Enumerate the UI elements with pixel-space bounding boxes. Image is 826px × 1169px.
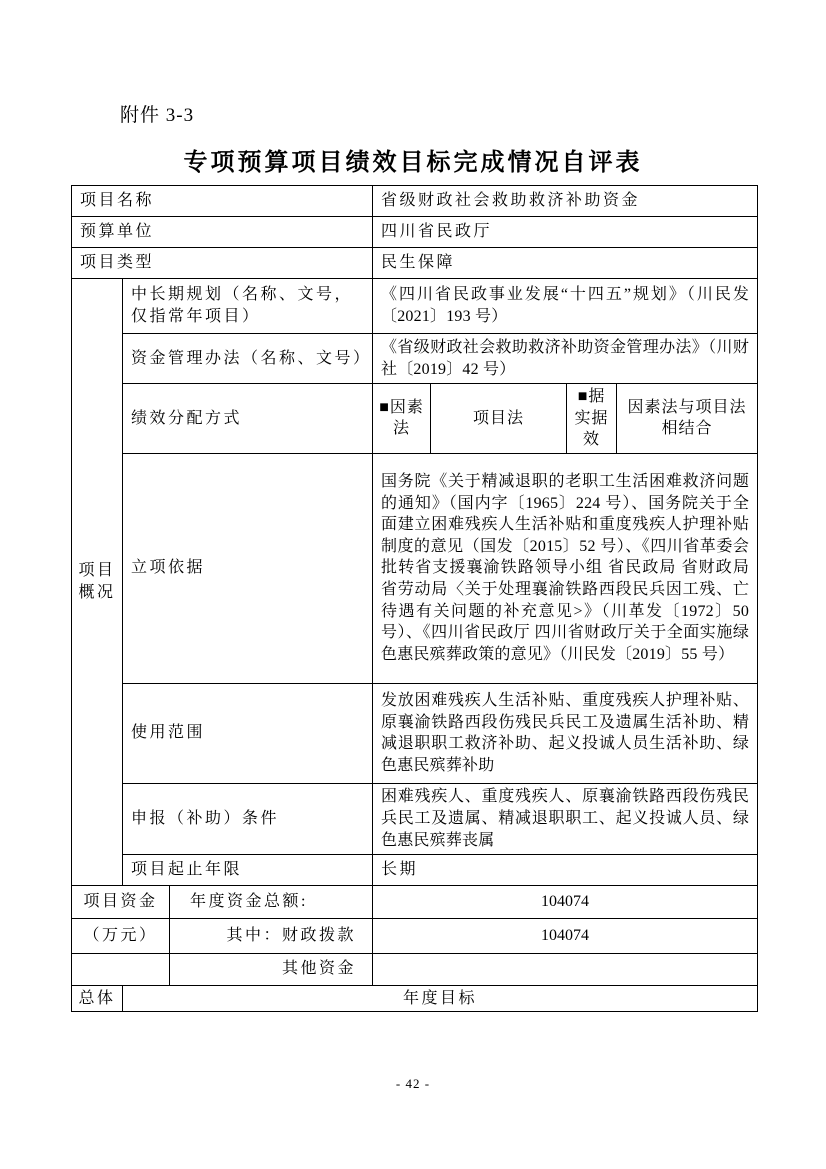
annual-total-value: 104074: [373, 885, 758, 918]
fund-management-method-label: 资金管理办法（名称、文号）: [123, 334, 373, 384]
project-name-value: 省级财政社会救助救济补助资金: [373, 186, 758, 217]
allocation-option-combined-method: 因素法与项目法相结合: [617, 384, 758, 454]
project-funds-section-label: 项目资金: [72, 885, 170, 918]
table-row: 项目概况 中长期规划（名称、文号，仅指常年项目） 《四川省民政事业发展“十四五”…: [72, 279, 758, 334]
mid-long-term-plan-label: 中长期规划（名称、文号，仅指常年项目）: [123, 279, 373, 334]
budget-unit-label: 预算单位: [72, 217, 373, 248]
table-row: 使用范围 发放困难残疾人生活补贴、重度残疾人护理补贴、原襄渝铁路西段伤残民兵民工…: [72, 683, 758, 783]
table-row: 申报（补助）条件 困难残疾人、重度残疾人、原襄渝铁路西段伤残民兵民工及遗属、精减…: [72, 783, 758, 854]
other-funds-label: 其他资金: [170, 953, 373, 985]
other-funds-value: [373, 953, 758, 985]
application-conditions-value: 困难残疾人、重度残疾人、原襄渝铁路西段伤残民兵民工及遗属、精减退职职工、起义投诚…: [373, 783, 758, 854]
document-page: 附件 3-3 专项预算项目绩效目标完成情况自评表 项目名称 省级财政社会救助救济…: [0, 0, 826, 1169]
attachment-label: 附件 3-3: [120, 100, 194, 127]
table-row: （万元） 其中：财政拨款 104074: [72, 918, 758, 953]
project-type-label: 项目类型: [72, 248, 373, 279]
project-overview-section-label: 项目概况: [72, 279, 123, 886]
allocation-option-actual-basis: ■据实据效: [567, 384, 617, 454]
project-duration-label: 项目起止年限: [123, 854, 373, 885]
page-number: - 42 -: [0, 1076, 826, 1092]
table-row: 绩效分配方式 ■因素法 项目法 ■据实据效 因素法与项目法相结合: [72, 384, 758, 454]
annual-target-header: 年度目标: [123, 985, 758, 1012]
allocation-option-project-method: 项目法: [431, 384, 567, 454]
table-row: 项目资金 年度资金总额: 104074: [72, 885, 758, 918]
fiscal-allocation-label: 其中：财政拨款: [170, 918, 373, 953]
funds-empty-cell: [72, 953, 170, 985]
annual-total-label: 年度资金总额:: [170, 885, 373, 918]
project-type-value: 民生保障: [373, 248, 758, 279]
usage-scope-value: 发放困难残疾人生活补贴、重度残疾人护理补贴、原襄渝铁路西段伤残民兵民工及遗属生活…: [373, 683, 758, 783]
self-evaluation-table: 项目名称 省级财政社会救助救济补助资金 预算单位 四川省民政厅 项目类型 民生保…: [71, 185, 758, 1012]
table-row: 总体 年度目标: [72, 985, 758, 1012]
mid-long-term-plan-value: 《四川省民政事业发展“十四五”规划》（川民发〔2021〕193 号）: [373, 279, 758, 334]
table-row: 预算单位 四川省民政厅: [72, 217, 758, 248]
performance-allocation-label: 绩效分配方式: [123, 384, 373, 454]
application-conditions-label: 申报（补助）条件: [123, 783, 373, 854]
table-row: 项目起止年限 长期: [72, 854, 758, 885]
usage-scope-label: 使用范围: [123, 683, 373, 783]
fiscal-allocation-value: 104074: [373, 918, 758, 953]
table-row: 立项依据 国务院《关于精减退职的老职工生活困难救济问题的通知》（国内字〔1965…: [72, 453, 758, 683]
budget-unit-value: 四川省民政厅: [373, 217, 758, 248]
overall-section-label: 总体: [72, 985, 123, 1012]
fund-management-method-value: 《省级财政社会救助救济补助资金管理办法》（川财社〔2019〕42 号）: [373, 334, 758, 384]
allocation-option-factor-method: ■因素法: [373, 384, 431, 454]
project-name-label: 项目名称: [72, 186, 373, 217]
table-row: 资金管理办法（名称、文号） 《省级财政社会救助救济补助资金管理办法》（川财社〔2…: [72, 334, 758, 384]
table-row: 项目名称 省级财政社会救助救济补助资金: [72, 186, 758, 217]
table-row: 其他资金: [72, 953, 758, 985]
project-basis-value: 国务院《关于精减退职的老职工生活困难救济问题的通知》（国内字〔1965〕224 …: [373, 453, 758, 683]
project-duration-value: 长期: [373, 854, 758, 885]
table-row: 项目类型 民生保障: [72, 248, 758, 279]
page-title: 专项预算项目绩效目标完成情况自评表: [0, 142, 826, 177]
project-basis-label: 立项依据: [123, 453, 373, 683]
project-funds-unit-label: （万元）: [72, 918, 170, 953]
